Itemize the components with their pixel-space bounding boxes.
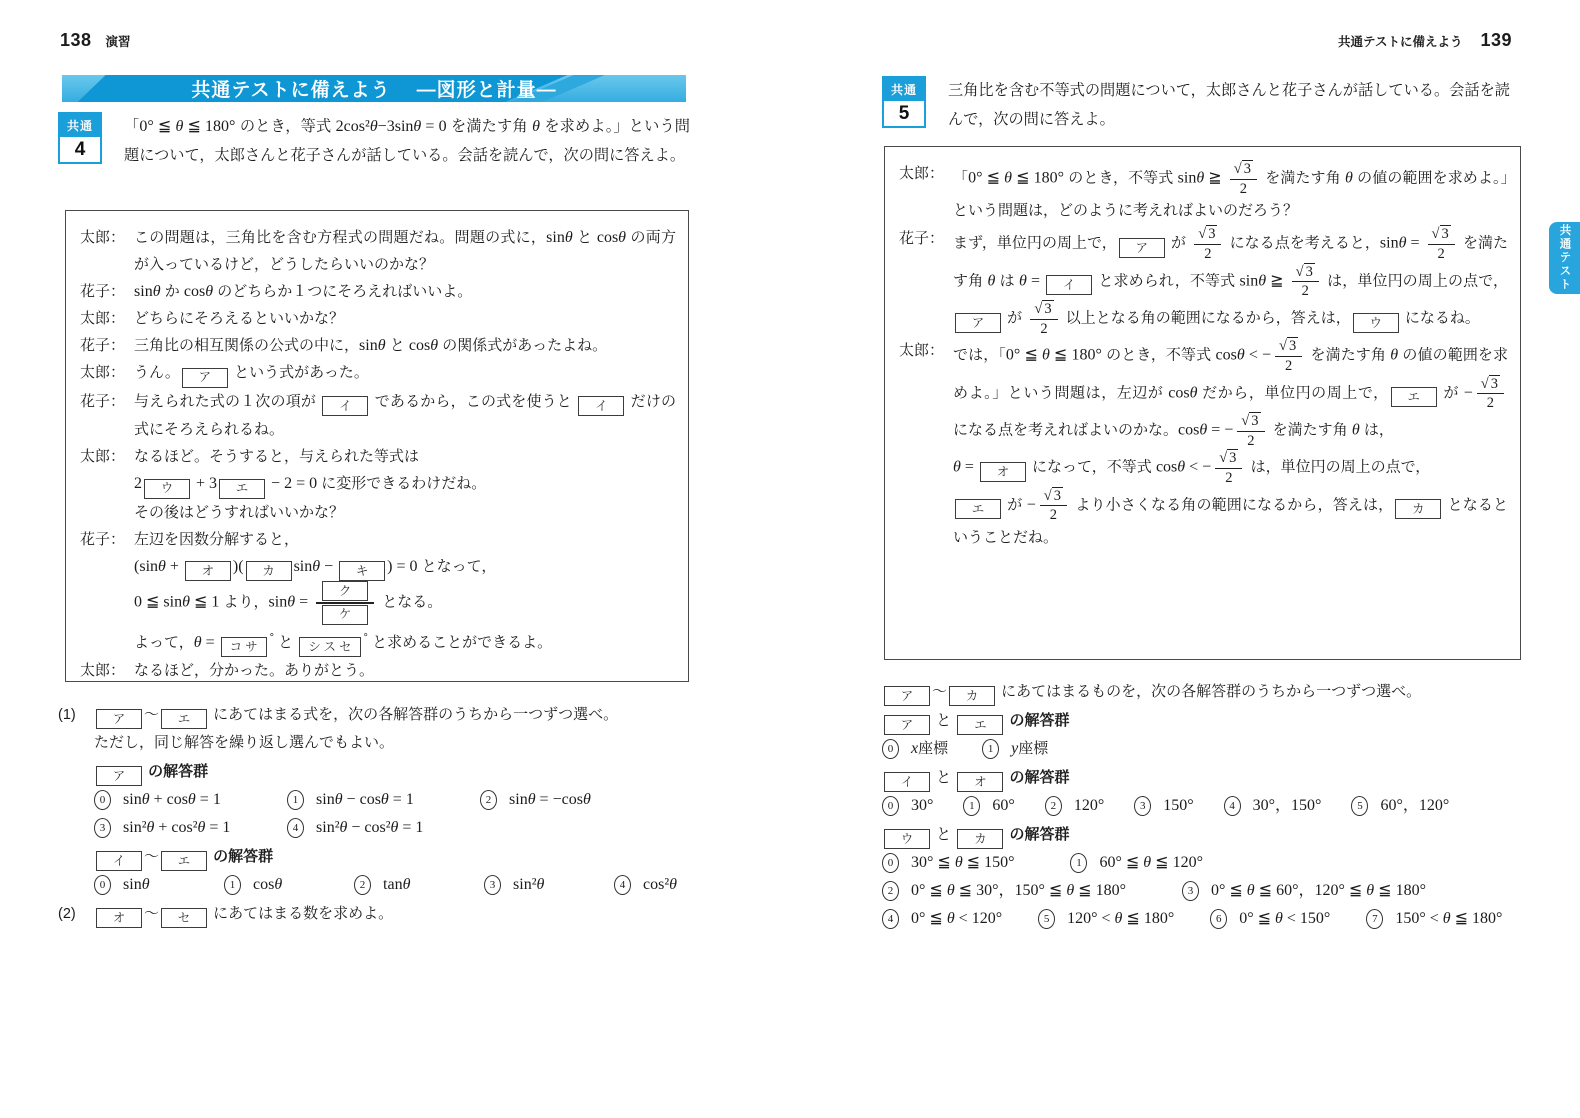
answer-group-b-choices: 0sinθ1cosθ2tanθ3sin²θ4cos²θ <box>94 871 704 899</box>
answer-group-b-header: イ～エ の解答群 <box>94 843 704 871</box>
text: 「 <box>124 118 139 135</box>
question-1-number: (1) <box>58 701 94 757</box>
fraction-denominator: 2 <box>1040 320 1047 338</box>
answer-box: シスセ <box>299 637 360 657</box>
circled-number: 4 <box>287 818 304 838</box>
fraction: √32 <box>1428 225 1455 262</box>
fraction-numerator: √3 <box>1215 449 1242 469</box>
text: まず，単位円の周上で， <box>953 235 1117 252</box>
math-text: 0° ≦ θ ≦ 30°，150° ≦ θ ≦ 180° <box>911 877 1126 905</box>
circled-number: 0 <box>882 739 899 759</box>
text: 左辺を因数分解すると， <box>134 531 299 548</box>
dialog-turn-text: まず，単位円の周上で，ア が √32 になる点を考えると，sinθ = √32 … <box>953 225 1508 337</box>
answer-box: イ <box>96 851 142 871</box>
math-text: tanθ <box>383 871 410 899</box>
choice-item: 160° ≦ θ ≦ 120° <box>1070 849 1202 877</box>
answer-box: セ <box>161 908 207 928</box>
circled-number: 0 <box>882 853 899 873</box>
choice-item: 1sinθ − cosθ = 1 <box>287 786 480 814</box>
text: その後はどうすればいいかな？ <box>134 504 344 521</box>
math-text: cosθ <box>1168 384 1197 401</box>
fraction-numerator: √3 <box>1030 300 1057 320</box>
choice-item: 1y 座標 <box>982 735 1048 763</box>
question-1: (1) ア～エ にあてはまる式を，次の各解答群のうちから一つずつ選べ。ただし，同… <box>58 701 704 757</box>
answer-box: ア <box>884 715 930 735</box>
speaker-label: 太郎： <box>80 443 134 526</box>
problem4-dialogue: 太郎：この問題は，三角比を含む方程式の問題だね。問題の式に，sinθ と cos… <box>66 211 688 692</box>
math-text: cosθ = − <box>1178 422 1233 439</box>
math-text: sinθ = <box>269 594 313 611</box>
sqrt-radicand: 3 <box>1206 225 1217 243</box>
speaker-label: 太郎： <box>899 337 953 552</box>
math-text: sinθ <box>123 871 150 899</box>
math-text: θ = <box>194 634 219 651</box>
math-text: ) = 0 <box>387 558 417 575</box>
dialog-turn: 太郎：うん。ア という式があった。 <box>80 359 676 388</box>
banner-subtitle-text: ―図形と計量― <box>417 75 557 102</box>
math-text: sin²θ <box>513 871 544 899</box>
question-1-text: ア～エ にあてはまる式を，次の各解答群のうちから一つずつ選べ。ただし，同じ解答を… <box>94 701 704 757</box>
answer-box: エ <box>161 851 207 871</box>
problem4-badge-number: 4 <box>60 137 100 162</box>
choice-item: 0x 座標 <box>882 735 948 763</box>
answer-box: ア <box>182 368 228 388</box>
text: と <box>573 229 597 246</box>
text: は <box>995 272 1019 289</box>
answer-group-ae-header: ア と エ の解答群 <box>882 707 1532 735</box>
fraction: √32 <box>1040 487 1067 524</box>
answer-box: オ <box>980 462 1026 482</box>
textbook-spread: 138 演習 共通テストに備えよう 139 共通テストに備えよう ―図形と計量―… <box>0 0 1580 1118</box>
problem4-intro: 「0° ≦ θ ≦ 180° のとき，等式 2cos²θ−3sinθ = 0 を… <box>124 112 690 170</box>
circled-number: 2 <box>1045 796 1062 816</box>
math-text: 120° <box>1074 792 1104 820</box>
dialog-turn-text: では，「0° ≦ θ ≦ 180° のとき，不等式 cosθ < −√32 を満… <box>953 337 1508 552</box>
answer-box: カ <box>957 829 1003 849</box>
math-text: θ <box>1390 347 1398 364</box>
circled-number: 3 <box>1182 881 1199 901</box>
text: ～ <box>144 848 159 865</box>
text: ただし，同じ解答を繰り返し選んでもよい。 <box>94 734 394 751</box>
left-page-header: 138 演習 <box>60 30 131 51</box>
sqrt-sign: √ <box>1296 264 1304 281</box>
answer-box: ア <box>884 686 930 706</box>
answer-group-uk-choices: 030° ≦ θ ≦ 150°160° ≦ θ ≦ 120°20° ≦ θ ≦ … <box>882 849 1532 933</box>
math-text: sinθ <box>546 229 573 246</box>
bold-text: の解答群 <box>1005 826 1069 843</box>
dialog-turn-text: どちらにそろえるといいかな？ <box>134 305 676 332</box>
math-text: − 2 = 0 <box>267 475 317 492</box>
answer-box: エ <box>955 499 1001 519</box>
choice-row: 3sin²θ + cos²θ = 14sin²θ − cos²θ = 1 <box>94 814 704 842</box>
text: になる点を考えればよいのかな。 <box>953 422 1178 439</box>
math-text: 0° ≦ θ ≦ 180° <box>1006 347 1102 364</box>
circled-number: 1 <box>224 875 241 895</box>
math-text: − <box>1464 384 1473 401</box>
math-text: 30° <box>911 792 933 820</box>
text: 以上となる角の範囲になるから，答えは， <box>1062 310 1351 327</box>
circled-number: 1 <box>963 796 980 816</box>
problem4-dialogue-box: 太郎：この問題は，三角比を含む方程式の問題だね。問題の式に，sinθ と cos… <box>65 210 689 682</box>
sqrt-sign: √ <box>1481 376 1489 393</box>
fraction-numerator: √3 <box>1040 487 1067 507</box>
math-text: 60° ≦ θ ≦ 120° <box>1099 849 1202 877</box>
sqrt-radicand: 3 <box>1304 263 1315 281</box>
answer-box: オ <box>957 772 1003 792</box>
text: にあてはまる数を求めよ。 <box>209 905 393 922</box>
math-text: cosθ < − <box>1156 459 1211 476</box>
text: にあてはまるものを，次の各解答群のうちから一つずつ選べ。 <box>997 683 1421 700</box>
problem5-dialogue: 太郎：「0° ≦ θ ≦ 180° のとき，不等式 sinθ ≧ √32 を満た… <box>885 147 1520 560</box>
dialog-turn-text: 与えられた式の１次の項が イ であるから，この式を使うと イ だけの式にそろえら… <box>134 388 676 444</box>
text: と求められ，不等式 <box>1094 272 1239 289</box>
circled-number: 2 <box>354 875 371 895</box>
dialog-turn-text: sinθ か cosθ のどちらか１つにそろえればいいよ。 <box>134 278 676 305</box>
choice-item: 4cos²θ <box>614 871 744 899</box>
fraction-numerator: √3 <box>1237 412 1264 432</box>
text: に変形できるわけだね。 <box>317 475 486 492</box>
sqrt-sign: √ <box>1034 301 1042 318</box>
fraction-denominator: 2 <box>1240 180 1247 198</box>
answer-box: エ <box>1391 387 1437 407</box>
answer-group-uk-header: ウ と カ の解答群 <box>882 821 1532 849</box>
fraction-denominator: 2 <box>1050 506 1057 524</box>
question-2-number: (2) <box>58 900 94 928</box>
answer-box: ク <box>322 581 368 601</box>
answer-group-a-choices: 0sinθ + cosθ = 11sinθ − cosθ = 12sinθ = … <box>94 786 704 842</box>
text: となって， <box>418 558 497 575</box>
sqrt-sign: √ <box>1219 450 1227 467</box>
fraction: √32 <box>1275 337 1302 374</box>
dialog-turn-text: なるほど，分かった。ありがとう。 <box>134 657 676 684</box>
sqrt-radicand: 3 <box>1052 487 1063 505</box>
text: のとき，不等式 <box>1102 347 1216 364</box>
choice-item: 030° ≦ θ ≦ 150° <box>882 849 1014 877</box>
dialog-turn: 太郎：「0° ≦ θ ≦ 180° のとき，不等式 sinθ ≧ √32 を満た… <box>899 160 1508 225</box>
answer-box: エ <box>161 709 207 729</box>
math-text: cosθ <box>184 283 213 300</box>
choice-row: 030° ≦ θ ≦ 150°160° ≦ θ ≦ 120° <box>882 849 1532 877</box>
bold-text: の解答群 <box>1005 769 1069 786</box>
answer-box: カ <box>949 686 995 706</box>
sqrt-sign: √ <box>1234 161 1242 178</box>
side-tab-label: 共通テスト <box>1557 224 1573 292</box>
sqrt-sign: √ <box>1241 413 1249 430</box>
circled-number: 3 <box>484 875 501 895</box>
dialog-turn-text: なるほど。そうすると，与えられた等式は2ウ + 3エ − 2 = 0 に変形でき… <box>134 443 676 526</box>
speaker-label: 太郎： <box>80 657 134 684</box>
answer-box: オ <box>185 561 231 581</box>
circled-number: 6 <box>1210 909 1227 929</box>
math-text: sin²θ + cos²θ = 1 <box>123 814 230 842</box>
text: と <box>932 826 955 843</box>
math-text: θ <box>1352 422 1360 439</box>
choice-item: 3sin²θ <box>484 871 614 899</box>
math-text: sinθ ≧ <box>1240 272 1288 289</box>
math-text: (sinθ + <box>134 558 183 575</box>
fraction: √32 <box>1194 225 1221 262</box>
fraction-numerator: √3 <box>1477 375 1504 395</box>
choice-row: 0x 座標1y 座標 <box>882 735 1532 763</box>
text: と <box>932 769 955 786</box>
math-text: 150° < θ ≦ 180° <box>1395 905 1502 933</box>
speaker-label: 花子： <box>80 278 134 305</box>
math-text: sinθ = <box>1380 235 1424 252</box>
circled-number: 1 <box>982 739 999 759</box>
text: であるから，この式を使うと <box>370 393 576 410</box>
text: この問題は，三角比を含む方程式の問題だね。問題の式に， <box>134 229 546 246</box>
text: となる。 <box>378 594 442 611</box>
answer-box: イ <box>578 396 624 416</box>
dialog-turn: 花子：与えられた式の１次の項が イ であるから，この式を使うと イ だけの式にそ… <box>80 388 676 444</box>
text: よって， <box>134 634 194 651</box>
answer-group-a-header: ア の解答群 <box>94 758 704 786</box>
dialog-turn: 花子：まず，単位円の周上で，ア が √32 になる点を考えると，sinθ = √… <box>899 225 1508 337</box>
answer-box: イ <box>884 772 930 792</box>
problem5-intro: 三角比を含む不等式の問題について，太郎さんと花子さんが話している。会話を読んで，… <box>948 76 1510 134</box>
fraction: √32 <box>1237 412 1264 449</box>
math-text: 0° ≦ θ ≦ 60°，120° ≦ θ ≦ 180° <box>1211 877 1426 905</box>
sqrt-sign: √ <box>1198 226 1206 243</box>
circled-number: 2 <box>480 790 497 810</box>
text: のとき，等式 <box>235 118 335 135</box>
dialog-turn-text: 左辺を因数分解すると，(sinθ + オ)(カsinθ − キ) = 0 となっ… <box>134 526 676 658</box>
choice-row: 0sinθ1cosθ2tanθ3sin²θ4cos²θ <box>94 871 704 899</box>
math-text: 30° ≦ θ ≦ 150° <box>911 849 1014 877</box>
circled-number: 1 <box>1070 853 1087 873</box>
text: にあてはまる式を，次の各解答群のうちから一つずつ選べ。 <box>209 706 618 723</box>
sqrt-sign: √ <box>1279 338 1287 355</box>
circled-number: 5 <box>1038 909 1055 929</box>
speaker-label: 花子： <box>80 332 134 359</box>
answer-group-ae-choices: 0x 座標1y 座標 <box>882 735 1532 763</box>
choice-row: 030°160°2120°3150°430°，150°560°，120° <box>882 792 1532 820</box>
fraction-numerator: √3 <box>1275 337 1302 357</box>
fraction-denominator: 2 <box>1438 245 1445 263</box>
fraction-denominator: 2 <box>1285 357 1292 375</box>
math-text: sinθ <box>359 337 386 354</box>
math-text: 60°，120° <box>1380 792 1449 820</box>
math-text: sinθ <box>134 283 161 300</box>
problem4-badge: 共通 4 <box>58 112 102 164</box>
fraction-denominator: 2 <box>1302 282 1309 300</box>
bold-text: の解答群 <box>209 848 273 865</box>
math-text: cosθ < − <box>1216 347 1271 364</box>
text: 「 <box>953 170 968 187</box>
fraction: √32 <box>1030 300 1057 337</box>
math-text: )( <box>233 558 244 575</box>
problem5-questions: ア～カ にあてはまるものを，次の各解答群のうちから一つずつ選べ。 ア と エ の… <box>882 678 1532 933</box>
sqrt-radicand: 3 <box>1440 225 1451 243</box>
math-text: + 3 <box>192 475 217 492</box>
text: より， <box>219 594 268 611</box>
math-text: cosθ <box>253 871 282 899</box>
math-text: 0° ≦ θ ≦ 180° <box>968 170 1064 187</box>
dialog-turn: 花子：sinθ か cosθ のどちらか１つにそろえればいいよ。 <box>80 278 676 305</box>
text: になる点を考えると， <box>1225 235 1379 252</box>
text: は，単位円の周上の点で， <box>1323 272 1508 289</box>
choice-item: 5120° < θ ≦ 180° <box>1038 905 1174 933</box>
choice-item: 60° ≦ θ < 150° <box>1210 905 1330 933</box>
dialog-turn-text: うん。ア という式があった。 <box>134 359 676 388</box>
choice-item: 30° ≦ θ ≦ 60°，120° ≦ θ ≦ 180° <box>1182 877 1426 905</box>
sqrt-radicand: 3 <box>1249 412 1260 430</box>
dialog-turn-text: 「0° ≦ θ ≦ 180° のとき，不等式 sinθ ≧ √32 を満たす角 … <box>953 160 1508 225</box>
math-text: 0 ≦ sinθ ≦ 1 <box>134 594 219 611</box>
fraction-box: クケ <box>316 581 374 625</box>
choice-item: 0sinθ <box>94 871 224 899</box>
sqrt-radicand: 3 <box>1287 337 1298 355</box>
answer-box: ウ <box>1353 313 1399 333</box>
answer-box: オ <box>96 908 142 928</box>
text: なるほど。そうすると，与えられた等式は <box>134 448 419 465</box>
choice-item: 2tanθ <box>354 871 484 899</box>
left-page-number: 138 <box>60 30 92 51</box>
answer-box: ウ <box>884 829 930 849</box>
dialog-turn-text: この問題は，三角比を含む方程式の問題だね。問題の式に，sinθ と cosθ の… <box>134 224 676 278</box>
math-text: cosθ <box>597 229 626 246</box>
text: か <box>161 283 184 300</box>
text: のとき，不等式 <box>1064 170 1178 187</box>
text: 座標 <box>918 735 948 763</box>
math-text: x <box>911 735 918 763</box>
speaker-label: 花子： <box>80 388 134 444</box>
math-text: θ = <box>953 459 978 476</box>
choice-row: 0sinθ + cosθ = 11sinθ − cosθ = 12sinθ = … <box>94 786 704 814</box>
dialog-turn: 太郎：なるほど，分かった。ありがとう。 <box>80 657 676 684</box>
dialog-turn: 太郎：この問題は，三角比を含む方程式の問題だね。問題の式に，sinθ と cos… <box>80 224 676 278</box>
fraction-numerator: √3 <box>1292 263 1319 283</box>
choice-item: 0sinθ + cosθ = 1 <box>94 786 287 814</box>
speaker-label: 太郎： <box>80 359 134 388</box>
circled-number: 1 <box>287 790 304 810</box>
math-text: sinθ + cosθ = 1 <box>123 786 221 814</box>
dialog-turn: 太郎：では，「0° ≦ θ ≦ 180° のとき，不等式 cosθ < −√32… <box>899 337 1508 552</box>
choice-item: 2sinθ = −cosθ <box>480 786 673 814</box>
fraction: √32 <box>1215 449 1242 486</box>
text: では，「 <box>953 347 1006 364</box>
problem5-badge: 共通 5 <box>882 76 926 128</box>
text: と <box>932 712 955 729</box>
choice-row: 20° ≦ θ ≦ 30°，150° ≦ θ ≦ 180°30° ≦ θ ≦ 6… <box>882 877 1532 905</box>
text: が <box>1003 496 1027 513</box>
circled-number: 2 <box>882 881 899 901</box>
fraction-numerator: √3 <box>1194 225 1221 245</box>
circled-number: 0 <box>94 790 111 810</box>
text: を満たす角 <box>1306 347 1390 364</box>
math-text: 0° ≦ θ ≦ 180° <box>139 118 235 135</box>
math-text: 30°，150° <box>1253 792 1322 820</box>
math-text: cos²θ <box>643 871 677 899</box>
circled-number: 5 <box>1351 796 1368 816</box>
banner-title-text: 共通テストに備えよう <box>191 75 390 102</box>
math-text: sinθ − <box>294 558 338 575</box>
choice-item: 7150° < θ ≦ 180° <box>1366 905 1502 933</box>
math-text: 120° < θ ≦ 180° <box>1067 905 1174 933</box>
circled-number: 3 <box>94 818 111 838</box>
text: ～ <box>932 683 947 700</box>
math-text: y <box>1011 735 1018 763</box>
circled-number: 0 <box>94 875 111 895</box>
text: と求めることができるよ。 <box>368 634 552 651</box>
right-page-section-label: 共通テストに備えよう <box>1338 32 1463 50</box>
sqrt-radicand: 3 <box>1489 375 1500 393</box>
question-2-text: オ～セ にあてはまる数を求めよ。 <box>94 900 704 928</box>
choice-item: 1cosθ <box>224 871 354 899</box>
choice-item: 3150° <box>1134 792 1193 820</box>
right-page-number: 139 <box>1480 30 1512 51</box>
left-page-section-label: 演習 <box>106 32 131 50</box>
text: と <box>386 337 409 354</box>
side-tab-kyotsu-test: 共通テスト <box>1549 222 1580 294</box>
math-text: 150° <box>1163 792 1193 820</box>
text: が <box>1439 384 1464 401</box>
answer-box: ア <box>955 313 1001 333</box>
answer-box: ア <box>1119 238 1165 258</box>
circled-number: 0 <box>882 796 899 816</box>
math-text: θ = <box>1019 272 1044 289</box>
math-text: sinθ = −cosθ <box>509 786 591 814</box>
problem5-badge-number: 5 <box>884 101 924 126</box>
problem4-badge-label: 共通 <box>60 114 100 137</box>
dialog-turn: 太郎：なるほど。そうすると，与えられた等式は2ウ + 3エ − 2 = 0 に変… <box>80 443 676 526</box>
problem5-badge-label: 共通 <box>884 78 924 101</box>
sqrt-radicand: 3 <box>1042 300 1053 318</box>
section-banner-title: 共通テストに備えよう ―図形と計量― <box>62 75 686 102</box>
choice-item: 40° ≦ θ < 120° <box>882 905 1002 933</box>
math-text: 0° ≦ θ < 150° <box>1239 905 1330 933</box>
answer-box: コサ <box>221 637 267 657</box>
math-text: cosθ <box>409 337 438 354</box>
fraction: √32 <box>1292 263 1319 300</box>
answer-group-io-choices: 030°160°2120°3150°430°，150°560°，120° <box>882 792 1532 820</box>
circled-number: 4 <box>614 875 631 895</box>
text: 座標 <box>1018 735 1048 763</box>
choice-item: 430°，150° <box>1224 792 1322 820</box>
math-text: sin²θ − cos²θ = 1 <box>316 814 423 842</box>
sqrt-sign: √ <box>1432 226 1440 243</box>
problem4-questions: (1) ア～エ にあてはまる式を，次の各解答群のうちから一つずつ選べ。ただし，同… <box>58 701 704 928</box>
text: うん。 <box>134 364 180 381</box>
choice-item: 160° <box>963 792 1014 820</box>
fraction: √32 <box>1477 375 1504 412</box>
text: になって，不等式 <box>1028 459 1156 476</box>
math-text: θ <box>1345 170 1353 187</box>
answer-group-io-header: イ と オ の解答群 <box>882 764 1532 792</box>
text: どちらにそろえるといいかな？ <box>134 310 344 327</box>
math-text: 0° ≦ θ < 120° <box>911 905 1002 933</box>
fraction-denominator: 2 <box>1204 245 1211 263</box>
fraction-denominator: 2 <box>1487 394 1494 412</box>
text: の関係式があったよね。 <box>438 337 607 354</box>
dialog-turn: 太郎：どちらにそろえるといいかな？ <box>80 305 676 332</box>
answer-box: イ <box>322 396 368 416</box>
answer-box: カ <box>246 561 292 581</box>
speaker-label: 太郎： <box>80 305 134 332</box>
math-text: 60° <box>992 792 1014 820</box>
choice-row: 40° ≦ θ < 120°5120° < θ ≦ 180°60° ≦ θ < … <box>882 905 1532 933</box>
answer-box: ア <box>96 766 142 786</box>
dialog-turn: 花子：三角比の相互関係の公式の中に，sinθ と cosθ の関係式があったよね… <box>80 332 676 359</box>
speaker-label: 太郎： <box>899 160 953 225</box>
circled-number: 4 <box>1224 796 1241 816</box>
answer-box: ウ <box>144 479 190 499</box>
answer-box: エ <box>219 479 265 499</box>
answer-box: カ <box>1395 499 1441 519</box>
sqrt-radicand: 3 <box>1227 449 1238 467</box>
text: を満たす角 <box>447 118 532 135</box>
text: ～ <box>144 905 159 922</box>
